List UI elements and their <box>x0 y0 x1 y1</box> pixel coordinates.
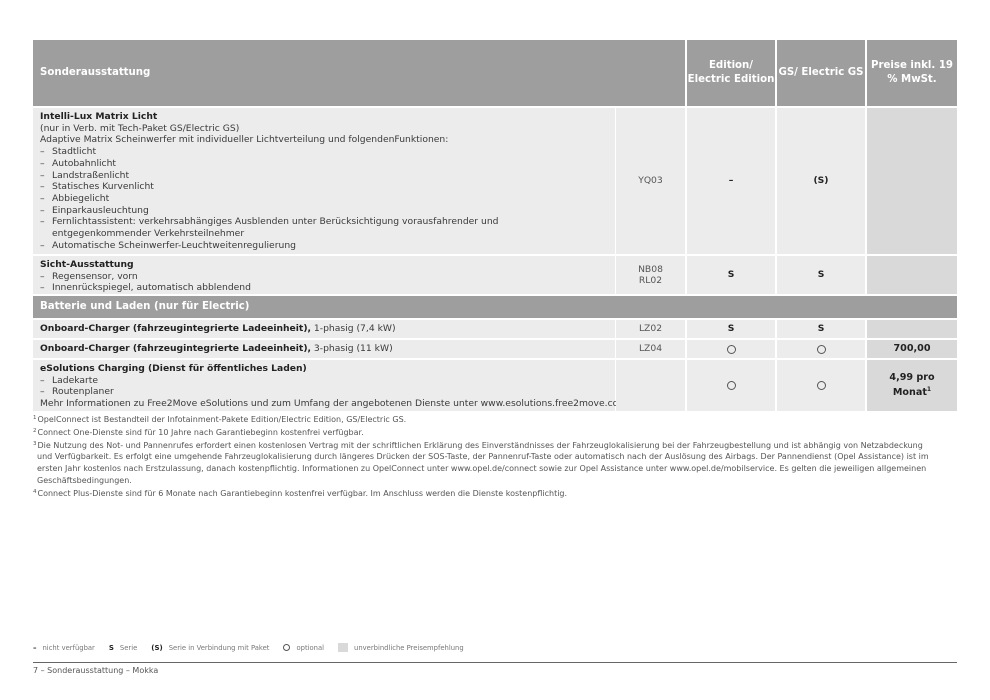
footnote-text: und Verfügbarkeit. Es erfolgt eine umgeh… <box>33 451 953 463</box>
legend-label: optional <box>296 644 324 652</box>
row-title: Onboard-Charger (fahrzeugintegrierte Lad… <box>40 323 311 334</box>
list-item: Abbiegelicht <box>40 193 608 205</box>
table-row: Sicht-Ausstattung Regensensor, vorn Inne… <box>33 256 957 294</box>
legend: –nicht verfügbar SSerie (S)Serie in Verb… <box>33 643 478 652</box>
row-description: Sicht-Ausstattung Regensensor, vorn Inne… <box>33 256 615 294</box>
row-title: Sicht-Ausstattung <box>40 259 608 271</box>
price <box>867 320 957 338</box>
option-code: YQ03 <box>616 108 685 254</box>
legend-item-optional: optional <box>283 644 324 652</box>
price: 700,00 <box>867 340 957 358</box>
footnote: 1OpelConnect ist Bestandteil der Infotai… <box>33 413 953 426</box>
legend-label: unverbindliche Preisempfehlung <box>354 644 464 652</box>
optional-circle-icon <box>817 345 826 354</box>
option-code: NB08 RL02 <box>616 256 685 294</box>
gs-availability: S <box>777 256 865 294</box>
row-line: Adaptive Matrix Scheinwerfer mit individ… <box>40 134 608 146</box>
list-item: Routenplaner <box>40 386 608 398</box>
header-gs: GS/ Electric GS <box>777 40 865 106</box>
list-item: Ladekarte <box>40 375 608 387</box>
footnote-number: 2 <box>33 428 37 434</box>
table-row: Intelli-Lux Matrix Licht (nur in Verb. m… <box>33 108 957 254</box>
list-item: Autobahnlicht <box>40 158 608 170</box>
legend-label: nicht verfügbar <box>43 644 95 652</box>
row-title: Intelli-Lux Matrix Licht <box>40 111 608 123</box>
optional-circle-icon <box>727 345 736 354</box>
table-row: eSolutions Charging (Dienst für öffentli… <box>33 360 957 411</box>
edition-availability: S <box>687 320 775 338</box>
edition-availability: S <box>687 256 775 294</box>
list-item: Automatische Scheinwerfer-Leuchtweitenre… <box>40 240 608 252</box>
row-title: eSolutions Charging (Dienst für öffentli… <box>40 363 608 375</box>
equipment-table: Sonderausstattung Edition/ Electric Edit… <box>33 40 957 411</box>
row-description: Intelli-Lux Matrix Licht (nur in Verb. m… <box>33 108 615 254</box>
optional-circle-icon <box>727 381 736 390</box>
legend-item-paket: (S)Serie in Verbindung mit Paket <box>151 644 269 652</box>
price <box>867 108 957 254</box>
footnotes: 1OpelConnect ist Bestandteil der Infotai… <box>33 413 953 500</box>
legend-label: Serie <box>120 644 137 652</box>
footnote-ref: 1 <box>927 386 931 393</box>
optional-circle-icon <box>283 644 290 651</box>
gs-availability <box>777 340 865 358</box>
section-header: Batterie und Laden (nur für Electric) <box>33 296 957 318</box>
serie-icon: S <box>109 644 114 652</box>
list-item: Statisches Kurvenlicht <box>40 181 608 193</box>
price-swatch-icon <box>338 643 348 652</box>
header-edition: Edition/ Electric Edition <box>687 40 775 106</box>
row-description: eSolutions Charging (Dienst für öffentli… <box>33 360 615 411</box>
list-item: Stadtlicht <box>40 146 608 158</box>
footnote-number: 1 <box>33 415 37 421</box>
row-description: Onboard-Charger (fahrzeugintegrierte Lad… <box>33 320 615 338</box>
option-code: LZ02 <box>616 320 685 338</box>
table-row: Onboard-Charger (fahrzeugintegrierte Lad… <box>33 340 957 358</box>
legend-item-na: –nicht verfügbar <box>33 644 95 652</box>
serie-paket-icon: (S) <box>151 644 162 652</box>
row-title: Onboard-Charger (fahrzeugintegrierte Lad… <box>40 343 311 354</box>
footnote-number: 3 <box>33 441 37 447</box>
footnote: 4Connect Plus-Dienste sind für 6 Monate … <box>33 487 953 500</box>
list-item: Einparkausleuchtung <box>40 205 608 217</box>
edition-availability: – <box>687 108 775 254</box>
price-line: 4,99 pro <box>889 372 934 384</box>
gs-availability: (S) <box>777 108 865 254</box>
option-code <box>616 360 685 411</box>
optional-circle-icon <box>817 381 826 390</box>
legend-item-serie: SSerie <box>109 644 137 652</box>
footnote: 2Connect One-Dienste sind für 10 Jahre n… <box>33 426 953 439</box>
edition-availability <box>687 340 775 358</box>
gs-availability <box>777 360 865 411</box>
table-header: Sonderausstattung Edition/ Electric Edit… <box>33 40 957 106</box>
list-item: Landstraßenlicht <box>40 170 608 182</box>
footnote-text: OpelConnect ist Bestandteil der Infotain… <box>38 415 407 424</box>
price <box>867 256 957 294</box>
page-footer: 7 – Sonderausstattung – Mokka <box>33 666 158 675</box>
row-description: Onboard-Charger (fahrzeugintegrierte Lad… <box>33 340 615 358</box>
list-item: Fernlichtassistent: verkehrsabhängiges A… <box>40 216 608 239</box>
price: 4,99 pro Monat1 <box>867 360 957 411</box>
list-item: Regensensor, vorn <box>40 271 608 283</box>
legend-label: Serie in Verbindung mit Paket <box>169 644 270 652</box>
header-price: Preise inkl. 19 % MwSt. <box>867 40 957 106</box>
footnote-text: Connect Plus-Dienste sind für 6 Monate n… <box>38 489 568 498</box>
gs-availability: S <box>777 320 865 338</box>
footnote-text: Connect One-Dienste sind für 10 Jahre na… <box>38 428 364 437</box>
row-suffix: 1-phasig (7,4 kW) <box>311 323 396 334</box>
row-note: Mehr Informationen zu Free2Move eSolutio… <box>40 398 608 410</box>
footnote: 3Die Nutzung des Not- und Pannenrufes er… <box>33 439 953 452</box>
feature-list: Regensensor, vorn Innenrückspiegel, auto… <box>40 271 608 294</box>
footnote-text: Geschäftsbedingungen. <box>33 475 953 487</box>
table-row: Onboard-Charger (fahrzeugintegrierte Lad… <box>33 320 957 338</box>
section-title: Batterie und Laden (nur für Electric) <box>33 296 957 318</box>
footer-divider <box>33 662 957 663</box>
row-suffix: 3-phasig (11 kW) <box>311 343 393 354</box>
footnote-text: Die Nutzung des Not- und Pannenrufes erf… <box>38 441 923 450</box>
row-line: (nur in Verb. mit Tech-Paket GS/Electric… <box>40 123 608 135</box>
footnote-number: 4 <box>33 489 37 495</box>
edition-availability <box>687 360 775 411</box>
feature-list: Stadtlicht Autobahnlicht Landstraßenlich… <box>40 146 608 251</box>
footnote-text: ersten Jahr kostenlos nach Erstzulassung… <box>33 463 953 475</box>
legend-item-price: unverbindliche Preisempfehlung <box>338 643 464 652</box>
list-item: Innenrückspiegel, automatisch abblendend <box>40 282 608 294</box>
feature-list: Ladekarte Routenplaner <box>40 375 608 398</box>
price-line: Monat <box>893 387 927 398</box>
dash-icon: – <box>33 644 37 652</box>
header-description: Sonderausstattung <box>33 40 685 106</box>
option-code: LZ04 <box>616 340 685 358</box>
